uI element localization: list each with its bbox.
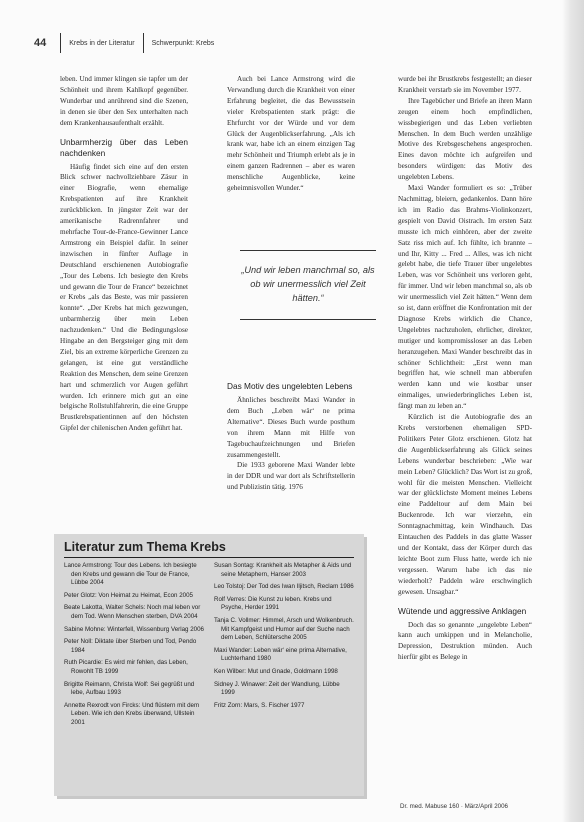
literature-entry: Peter Glotz: Von Heimat zu Heimat, Econ …: [64, 592, 204, 601]
section-label: Krebs in der Literatur: [69, 40, 134, 47]
paragraph: Kürzlich ist die Autobiografie des an Kr…: [398, 412, 532, 597]
paragraph: wurde bei ihr Brustkrebs festgestellt; a…: [398, 74, 532, 96]
article-column-3: wurde bei ihr Brustkrebs festgestellt; a…: [398, 74, 532, 663]
literature-list-right: Susan Sontag: Krankheit als Metapher & A…: [214, 562, 354, 714]
literature-entry: Sabine Mohne: Winterfell, Wissenburg Ver…: [64, 626, 204, 635]
literature-entry: Sidney J. Winawer: Zeit der Wandlung, Lü…: [214, 681, 354, 698]
pull-quote: „Und wir leben manchmal so, als ob wir u…: [240, 250, 376, 320]
literature-entry: Annette Rexrodt von Fircks: Und flüstern…: [64, 702, 204, 728]
literature-entry: Beate Lakotta, Walter Schels: Noch mal l…: [64, 604, 204, 621]
article-column-2: Auch bei Lance Armstrong wird die Verwan…: [227, 74, 355, 194]
literature-entry: Tanja C. Vollmer: Himmel, Arsch und Wolk…: [214, 617, 354, 643]
paragraph: Ähnliches beschreibt Maxi Wander in dem …: [227, 395, 355, 460]
literature-entry: Ken Wilber: Mut und Gnade, Goldmann 1998: [214, 668, 354, 677]
header-divider: [143, 33, 144, 53]
literature-entry: Brigitte Reimann, Christa Wolf: Sei gegr…: [64, 681, 204, 698]
paragraph: Die 1933 geborene Maxi Wander lebte in d…: [227, 460, 355, 493]
literature-box: Literatur zum Thema Krebs Lance Armstron…: [54, 534, 364, 796]
topic-label: Schwerpunkt: Krebs: [152, 40, 215, 47]
literature-entry: Susan Sontag: Krankheit als Metapher & A…: [214, 562, 354, 579]
literature-entry: Maxi Wander: Leben wär‘ eine prima Alter…: [214, 647, 354, 664]
literature-entry: Leo Tolstoj: Der Tod des Iwan Iljitsch, …: [214, 583, 354, 592]
literature-entry: Ruth Picardie: Es wird mir fehlen, das L…: [64, 659, 204, 676]
page-header: 44 Krebs in der Literatur Schwerpunkt: K…: [34, 32, 214, 54]
literature-entry: Fritz Zorn: Mars, S. Fischer 1977: [214, 702, 354, 711]
article-column-1: leben. Und immer klingen sie tapfer um d…: [60, 74, 188, 434]
page-number: 44: [34, 37, 46, 49]
page-footer: Dr. med. Mabuse 160 · März/April 2006: [400, 803, 508, 810]
literature-entry: Lance Armstrong: Tour des Lebens. Ich be…: [64, 562, 204, 588]
paragraph: Maxi Wander formuliert es so: „Trüber Na…: [398, 183, 532, 412]
literature-title: Literatur zum Thema Krebs: [64, 540, 354, 558]
subheading: Wütende und aggressive Anklagen: [398, 606, 532, 617]
header-divider: [60, 33, 61, 53]
literature-list-left: Lance Armstrong: Tour des Lebens. Ich be…: [64, 562, 204, 732]
subheading: Das Motiv des ungelebten Lebens: [227, 381, 355, 392]
paragraph: Doch das so genannte „ungelebte Leben“ k…: [398, 620, 532, 664]
article-column-2-lower: Das Motiv des ungelebten Lebens Ähnliche…: [227, 373, 355, 493]
paragraph: Auch bei Lance Armstrong wird die Verwan…: [227, 74, 355, 194]
paragraph: Ihre Tagebücher und Briefe an ihren Mann…: [398, 96, 532, 183]
literature-entry: Peter Noll: Diktate über Sterben und Tod…: [64, 638, 204, 655]
paragraph: Häufig findet sich eine auf den ersten B…: [60, 162, 188, 435]
subheading: Unbarmherzig über das Leben nachdenken: [60, 137, 188, 159]
paragraph: leben. Und immer klingen sie tapfer um d…: [60, 74, 188, 129]
page-edge-shadow: [562, 0, 584, 822]
literature-entry: Rolf Verres: Die Kunst zu leben. Krebs u…: [214, 596, 354, 613]
